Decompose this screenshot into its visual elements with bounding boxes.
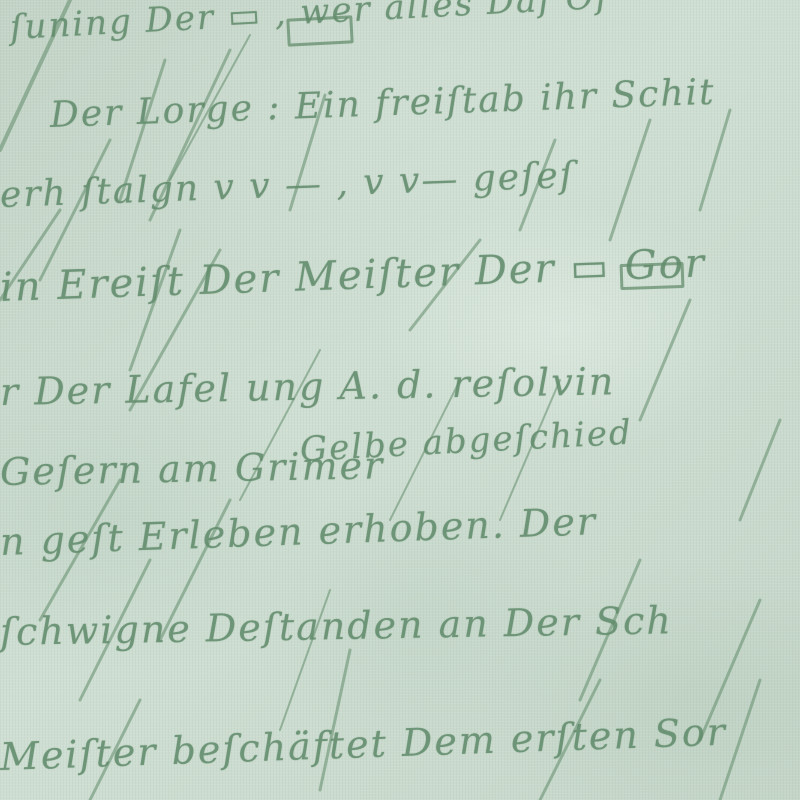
- script-line-2: Der Lorge : Ein freiſtab ihr Schit: [49, 72, 716, 136]
- script-line-5: r Der Lafel ung A. d. reſolvin: [0, 359, 616, 414]
- script-line-4: in Ereiſt Der Meiſter Der ▭ Gor: [0, 240, 707, 311]
- script-line-9: ſchwigne Deſtanden an Der Sch: [0, 598, 673, 654]
- script-line-8: n geſt Erleben erhoben. Der: [0, 499, 598, 564]
- linen-script-background: ſuning Der ▭ , wer alles Daſ Oſ Der Lorg…: [0, 0, 800, 800]
- script-line-10: Meiſter beſchäftet Dem erſten Sor: [0, 710, 728, 779]
- script-line-3: erh ſtalgn v v — , v v— geſeſ: [0, 155, 576, 216]
- script-line-7: Geſern am Grimer: [0, 443, 385, 494]
